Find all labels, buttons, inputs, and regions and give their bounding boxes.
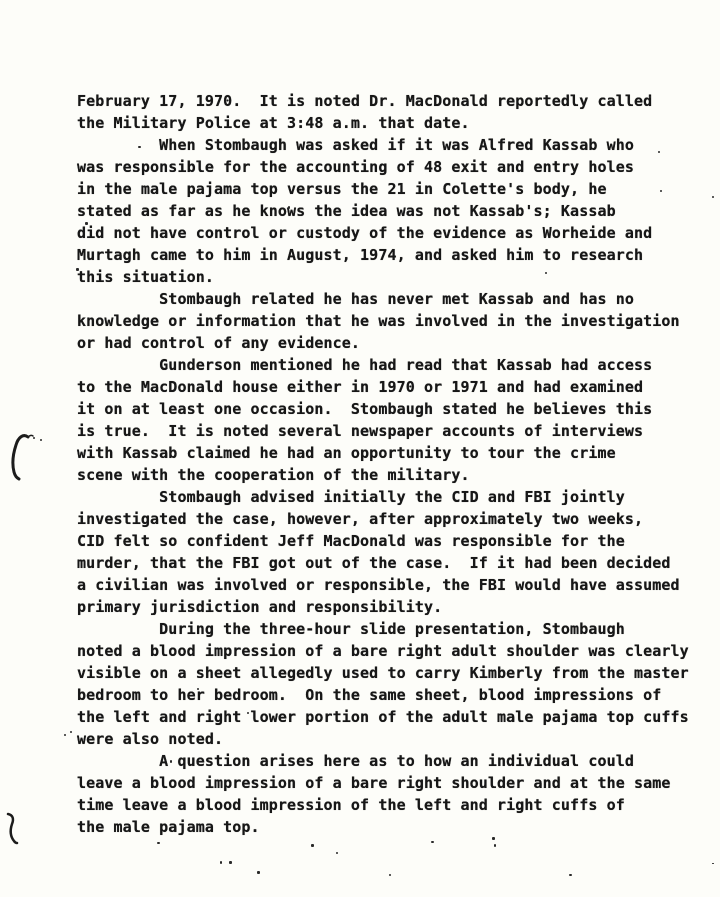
scan-speckle — [229, 861, 232, 864]
scan-speckle — [389, 874, 391, 876]
text-line: it on at least one occasion. Stombaugh s… — [77, 398, 707, 420]
scan-speckle — [311, 844, 314, 847]
scan-speckle — [660, 190, 662, 192]
text-line: leave a blood impression of a bare right… — [77, 772, 707, 794]
scan-speckle — [220, 861, 222, 864]
scan-speckle — [569, 874, 572, 876]
text-line: the male pajama top. — [77, 816, 707, 838]
scan-speckle — [247, 712, 249, 714]
text-line: or had control of any evidence. — [77, 332, 707, 354]
text-line: did not have control or custody of the e… — [77, 222, 707, 244]
text-line: scene with the cooperation of the milita… — [77, 464, 707, 486]
handwritten-margin-mark-upper — [7, 431, 35, 481]
text-line: Gunderson mentioned he had read that Kas… — [77, 354, 707, 376]
text-line: the left and right lower portion of the … — [77, 706, 707, 728]
scan-speckle — [649, 96, 651, 98]
text-line: investigated the case, however, after ap… — [77, 508, 707, 530]
text-line: visible on a sheet allegedly used to car… — [77, 662, 707, 684]
scan-speckle — [645, 409, 647, 411]
scan-speckle — [257, 871, 260, 874]
text-line: CID felt so confident Jeff MacDonald was… — [77, 530, 707, 552]
text-line: stated as far as he knows the idea was n… — [77, 200, 707, 222]
text-line: time leave a blood impression of the lef… — [77, 794, 707, 816]
text-line: When Stombaugh was asked if it was Alfre… — [77, 134, 707, 156]
scan-speckle — [712, 863, 714, 864]
scanned-document-page: February 17, 1970. It is noted Dr. MacDo… — [0, 0, 720, 897]
scan-speckle — [197, 688, 199, 690]
scan-speckle — [658, 151, 660, 153]
text-line: were also noted. — [77, 728, 707, 750]
text-line: with Kassab claimed he had an opportunit… — [77, 442, 707, 464]
text-line: knowledge or information that he was inv… — [77, 310, 707, 332]
scan-speckle — [545, 272, 547, 274]
scan-speckle — [431, 841, 434, 843]
scan-speckle — [33, 437, 35, 439]
scan-speckle — [336, 852, 338, 854]
text-line: murder, that the FBI got out of the case… — [77, 552, 707, 574]
text-line: bedroom to her bedroom. On the same shee… — [77, 684, 707, 706]
text-line: noted a blood impression of a bare right… — [77, 640, 707, 662]
text-line: a civilian was involved or responsible, … — [77, 574, 707, 596]
scan-speckle — [492, 837, 495, 840]
document-body: February 17, 1970. It is noted Dr. MacDo… — [77, 90, 707, 838]
scan-speckle — [157, 842, 160, 844]
text-line: February 17, 1970. It is noted Dr. MacDo… — [77, 90, 707, 112]
scan-speckle — [85, 222, 88, 225]
text-line: Stombaugh related he has never met Kassa… — [77, 288, 707, 310]
text-line: Murtagh came to him in August, 1974, and… — [77, 244, 707, 266]
text-line: During the three-hour slide presentation… — [77, 618, 707, 640]
text-line: this situation. — [77, 266, 707, 288]
scan-speckle — [494, 844, 496, 847]
text-line: in the male pajama top versus the 21 in … — [77, 178, 707, 200]
scan-speckle — [70, 731, 72, 733]
scan-speckle — [288, 206, 290, 209]
text-line: to the MacDonald house either in 1970 or… — [77, 376, 707, 398]
handwritten-margin-mark-lower — [4, 812, 20, 846]
scan-speckle — [40, 439, 42, 441]
scan-speckle — [64, 734, 66, 736]
scan-speckle — [76, 268, 79, 271]
scan-speckle — [170, 760, 172, 763]
scan-speckle — [138, 146, 141, 148]
text-line: primary jurisdiction and responsibility. — [77, 596, 707, 618]
scan-speckle — [712, 196, 714, 198]
text-line: Stombaugh advised initially the CID and … — [77, 486, 707, 508]
text-line: the Military Police at 3:48 a.m. that da… — [77, 112, 707, 134]
text-line: was responsible for the accounting of 48… — [77, 156, 707, 178]
text-line: is true. It is noted several newspaper a… — [77, 420, 707, 442]
